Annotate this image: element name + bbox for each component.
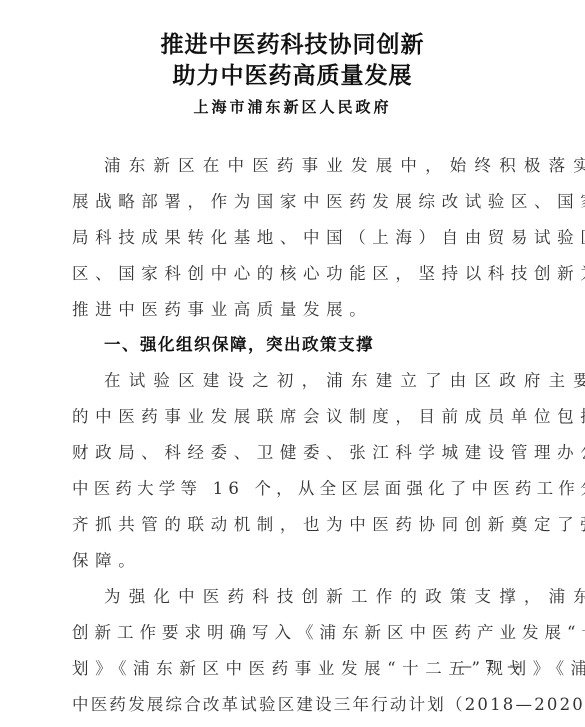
paragraph-line: 局科技成果转化基地、中国（上海）自由贸易试验区的主要承载 <box>72 226 517 250</box>
page-number: — 7 — <box>457 657 526 675</box>
paragraph-line: 创新工作要求明确写入《浦东新区中医药产业发展“十一五”规 <box>72 621 517 645</box>
paragraph-line: 推进中医药事业高质量发展。 <box>72 298 517 322</box>
document-title-line2: 助力中医药高质量发展 <box>0 61 585 91</box>
document-title-line1: 推进中医药科技协同创新 <box>0 30 585 60</box>
document-author: 上海市浦东新区人民政府 <box>0 96 585 118</box>
paragraph-line: 的中医药事业发展联席会议制度，目前成员单位包括区发改委、 <box>72 405 517 429</box>
paragraph-line: 划》《浦东新区中医药事业发展“十二五”规划》《浦东新区国家 <box>72 657 517 681</box>
paragraph-line: 财政局、科经委、卫健委、张江科学城建设管理办公室、上海市 <box>72 441 517 465</box>
paragraph-line: 齐抓共管的联动机制，也为中医药协同创新奠定了强有力的组织 <box>72 513 517 537</box>
paragraph-line: 在试验区建设之初，浦东建立了由区政府主要领导为召集人 <box>104 369 549 393</box>
section-heading: 一、强化组织保障，突出政策支撑 <box>104 333 374 357</box>
paragraph-line: 中医药大学等 16 个，从全区层面强化了中医药工作分工协调、 <box>72 477 517 501</box>
paragraph-line: 保障。 <box>72 549 517 573</box>
paragraph-line: 展战略部署，作为国家中医药发展综改试验区、国家中医药管理 <box>72 190 517 214</box>
paragraph-line: 为强化中医药科技创新工作的政策支撑，浦东将中医药科技 <box>104 585 549 609</box>
paragraph-line: 中医药发展综合改革试验区建设三年行动计划（2018—2020 年）》 <box>72 693 517 717</box>
document-page: 推进中医药科技协同创新 助力中医药高质量发展 上海市浦东新区人民政府 浦东新区在… <box>0 0 585 727</box>
paragraph-line: 区、国家科创中心的核心功能区，坚持以科技创新为引领，全力 <box>72 262 517 286</box>
paragraph-line: 浦东新区在中医药事业发展中，始终积极落实国家中医药发 <box>104 154 549 178</box>
